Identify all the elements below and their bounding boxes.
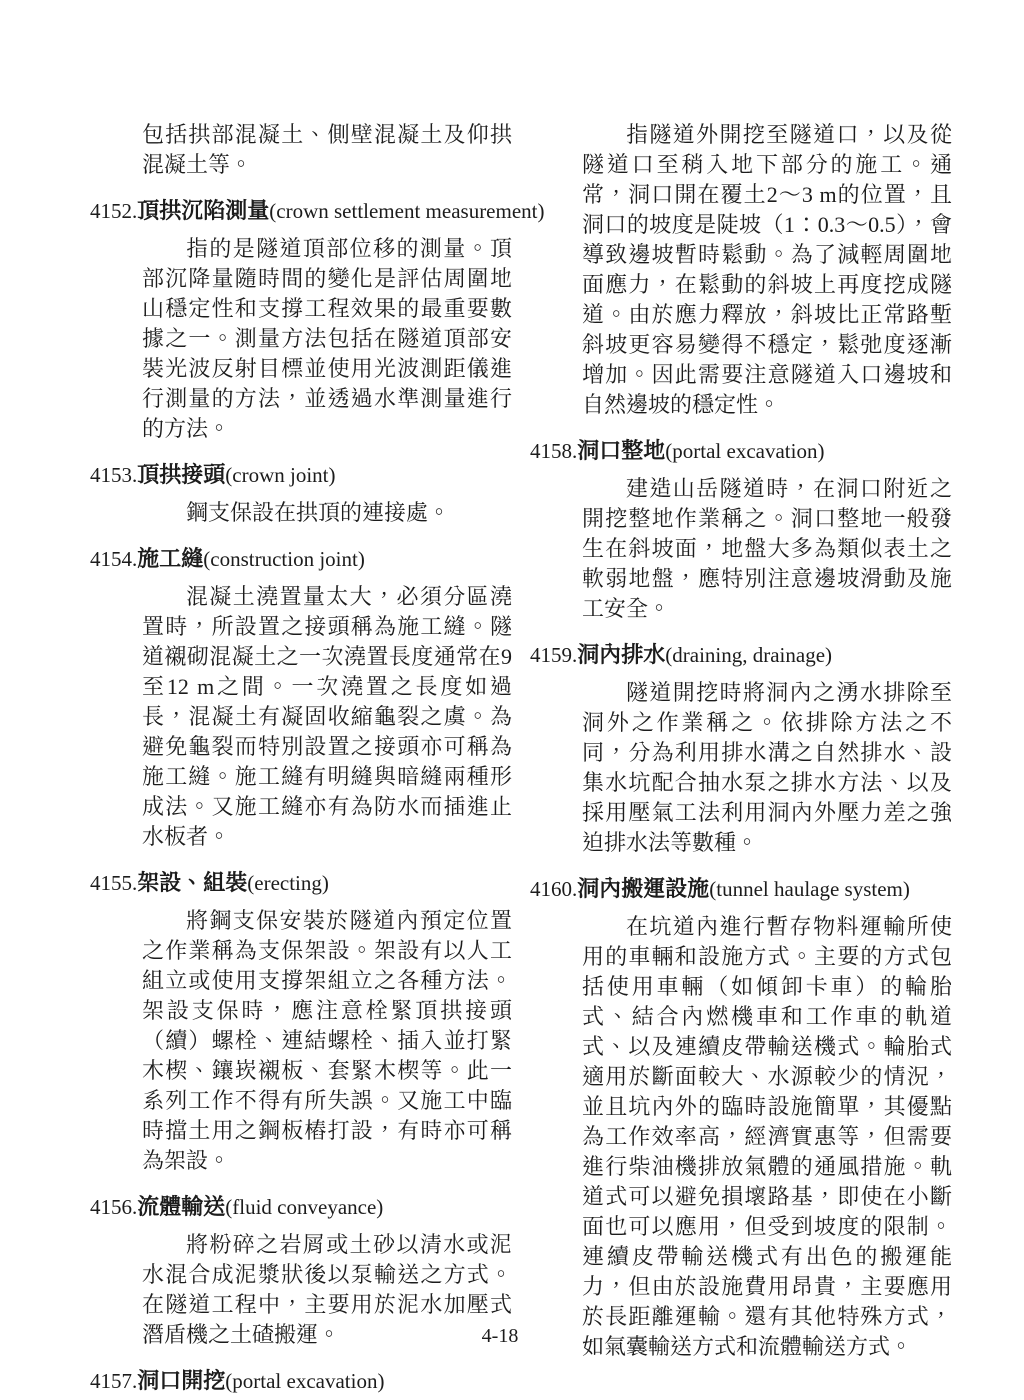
entry-body: 混凝土澆置量太大，必須分區澆置時，所設置之接頭稱為施工縫。隧道襯砌混凝土之一次澆… <box>142 582 512 852</box>
entry-body: 隧道開挖時將洞內之湧水排除至洞外之作業稱之。依排除方法之不同，分為利用排水溝之自… <box>582 678 952 858</box>
two-column-layout: 包括拱部混凝土、側壁混凝土及仰拱混凝土等。 4152.頂拱沉陷測量(crown … <box>0 0 1024 1400</box>
entry-term: 頂拱沉陷測量 <box>137 198 269 223</box>
entry-body: 指的是隧道頂部位移的測量。頂部沉降量隨時間的變化是評估周圍地山穩定性和支撐工程效… <box>142 234 512 444</box>
entry-number: 4159. <box>530 643 577 667</box>
entry-number: 4153. <box>90 463 137 487</box>
entry-english: (crown settlement measurement) <box>269 199 544 223</box>
left-column: 包括拱部混凝土、側壁混凝土及仰拱混凝土等。 4152.頂拱沉陷測量(crown … <box>90 120 512 1400</box>
entry-english: (construction joint) <box>203 547 365 571</box>
glossary-entry-4158: 4158.洞口整地(portal excavation) 建造山岳隧道時，在洞口… <box>530 436 952 624</box>
entry-english: (portal excavation) <box>225 1369 384 1393</box>
entry-english: (draining, drainage) <box>665 643 832 667</box>
entry-heading: 4159.洞內排水(draining, drainage) <box>530 640 952 670</box>
entry-body: 建造山岳隧道時，在洞口附近之開挖整地作業稱之。洞口整地一般發生在斜坡面，地盤大多… <box>582 474 952 624</box>
entry-heading: 4155.架設、組裝(erecting) <box>90 868 512 898</box>
page-number: 4-18 <box>0 1324 1000 1348</box>
glossary-entry-4154: 4154.施工縫(construction joint) 混凝土澆置量太大，必須… <box>90 544 512 852</box>
entry-term: 施工縫 <box>137 546 203 571</box>
entry-body: 將鋼支保安裝於隧道內預定位置之作業稱為支保架設。架設有以人工組立或使用支撐架組立… <box>142 906 512 1176</box>
entry-english: (erecting) <box>247 871 329 895</box>
entry-heading: 4152.頂拱沉陷測量(crown settlement measurement… <box>90 196 512 226</box>
entry-english: (fluid conveyance) <box>225 1195 383 1219</box>
entry-number: 4160. <box>530 877 577 901</box>
glossary-entry-4155: 4155.架設、組裝(erecting) 將鋼支保安裝於隧道內預定位置之作業稱為… <box>90 868 512 1176</box>
entry-term: 頂拱接頭 <box>137 462 225 487</box>
entry-heading: 4154.施工縫(construction joint) <box>90 544 512 574</box>
entry-heading: 4160.洞內搬運設施(tunnel haulage system) <box>530 874 952 904</box>
entry-body: 指隧道外開挖至隧道口，以及從隧道口至稍入地下部分的施工。通常，洞口開在覆土2～3… <box>582 120 952 420</box>
glossary-entry-4153: 4153.頂拱接頭(crown joint) 鋼支保設在拱頂的連接處。 <box>90 460 512 528</box>
entry-english: (portal excavation) <box>665 439 824 463</box>
entry-heading: 4158.洞口整地(portal excavation) <box>530 436 952 466</box>
entry-body: 在坑道內進行暫存物料運輸所使用的車輛和設施方式。主要的方式包括使用車輛（如傾卸卡… <box>582 912 952 1362</box>
glossary-entry-4157-body: 指隧道外開挖至隧道口，以及從隧道口至稍入地下部分的施工。通常，洞口開在覆土2～3… <box>530 120 952 420</box>
glossary-page: 包括拱部混凝土、側壁混凝土及仰拱混凝土等。 4152.頂拱沉陷測量(crown … <box>0 0 1024 1400</box>
entry-term: 架設、組裝 <box>137 870 247 895</box>
entry-number: 4152. <box>90 199 137 223</box>
glossary-entry-4160: 4160.洞內搬運設施(tunnel haulage system) 在坑道內進… <box>530 874 952 1362</box>
entry-term: 洞口整地 <box>577 438 665 463</box>
entry-term: 流體輸送 <box>137 1194 225 1219</box>
glossary-entry-4157-heading: 4157.洞口開挖(portal excavation) <box>90 1366 512 1396</box>
entry-term: 洞口開挖 <box>137 1368 225 1393</box>
entry-number: 4157. <box>90 1369 137 1393</box>
entry-number: 4158. <box>530 439 577 463</box>
entry-heading: 4157.洞口開挖(portal excavation) <box>90 1366 512 1396</box>
entry-term: 洞內搬運設施 <box>577 876 709 901</box>
continuation-paragraph: 包括拱部混凝土、側壁混凝土及仰拱混凝土等。 <box>142 120 512 180</box>
entry-number: 4155. <box>90 871 137 895</box>
entry-heading: 4153.頂拱接頭(crown joint) <box>90 460 512 490</box>
entry-body: 鋼支保設在拱頂的連接處。 <box>142 498 512 528</box>
glossary-entry-4152: 4152.頂拱沉陷測量(crown settlement measurement… <box>90 196 512 444</box>
entry-english: (tunnel haulage system) <box>709 877 910 901</box>
right-column: 指隧道外開挖至隧道口，以及從隧道口至稍入地下部分的施工。通常，洞口開在覆土2～3… <box>530 120 952 1400</box>
entry-english: (crown joint) <box>225 463 335 487</box>
glossary-entry-4159: 4159.洞內排水(draining, drainage) 隧道開挖時將洞內之湧… <box>530 640 952 858</box>
entry-heading: 4156.流體輸送(fluid conveyance) <box>90 1192 512 1222</box>
entry-term: 洞內排水 <box>577 642 665 667</box>
entry-number: 4156. <box>90 1195 137 1219</box>
entry-number: 4154. <box>90 547 137 571</box>
